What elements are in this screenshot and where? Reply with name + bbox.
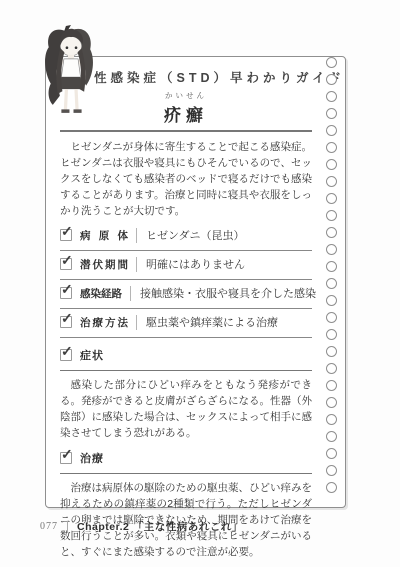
- footer-divider: [67, 521, 68, 533]
- ring-hole-icon: [326, 431, 337, 442]
- checklist-label: 病原体: [80, 228, 128, 243]
- vertical-divider: [136, 257, 137, 272]
- ring-hole-icon: [326, 159, 337, 170]
- treatment-section-heading: ✓ 治療: [60, 450, 312, 474]
- checkbox-checked-icon: ✓: [60, 287, 72, 299]
- ring-hole-icon: [326, 329, 337, 340]
- ring-hole-icon: [326, 210, 337, 221]
- checklist-value: 駆虫薬や鎮痒薬による治療: [146, 314, 278, 330]
- ring-hole-icon: [326, 278, 337, 289]
- checklist-row-incubation: ✓ 潜伏期間 明確にはありません: [60, 251, 312, 280]
- check-icon: ✓: [61, 253, 73, 267]
- check-icon: ✓: [61, 344, 73, 358]
- symptoms-section-heading: ✓ 症状: [60, 347, 312, 371]
- ring-hole-icon: [326, 193, 337, 204]
- section-heading-label: 治療: [80, 450, 104, 466]
- vertical-divider: [136, 315, 137, 330]
- vertical-divider: [136, 228, 137, 243]
- ring-hole-icon: [326, 363, 337, 374]
- ring-hole-icon: [326, 125, 337, 136]
- ring-hole-icon: [326, 380, 337, 391]
- ring-hole-icon: [326, 465, 337, 476]
- checkbox-checked-icon: ✓: [60, 452, 72, 464]
- symptoms-paragraph: 感染した部分にひどい痒みをともなう発疹ができる。発疹ができると皮膚がざらざらにな…: [60, 377, 312, 441]
- vertical-divider: [130, 286, 131, 301]
- ring-hole-icon: [326, 108, 337, 119]
- ring-hole-icon: [326, 414, 337, 425]
- intro-paragraph: ヒゼンダニが身体に寄生することで起こる感染症。ヒゼンダニは衣服や寝具にもひそんで…: [60, 139, 312, 219]
- ring-hole-icon: [326, 346, 337, 357]
- ring-hole-icon: [326, 261, 337, 272]
- checkbox-checked-icon: ✓: [60, 229, 72, 241]
- checklist-row-transmission: ✓ 感染経路 接触感染・衣服や寝具を介した感染: [60, 280, 312, 309]
- checkbox-checked-icon: ✓: [60, 258, 72, 270]
- checklist-row-pathogen: ✓ 病原体 ヒゼンダニ（昆虫）: [60, 222, 312, 251]
- guide-card-inner: 性感染症（STD）早わかりガイド かいせん 疥癬 ヒゼンダニが身体に寄生すること…: [46, 68, 345, 518]
- checklist-label: 潜伏期間: [80, 257, 128, 272]
- ring-hole-icon: [326, 397, 337, 408]
- ring-hole-icon: [326, 142, 337, 153]
- ring-hole-icon: [326, 244, 337, 255]
- ring-hole-icon: [326, 176, 337, 187]
- ring-hole-icon: [326, 91, 337, 102]
- ring-hole-icon: [326, 295, 337, 306]
- ring-hole-icon: [326, 227, 337, 238]
- ring-hole-icon: [326, 448, 337, 459]
- page-footer: 077 Chapter.2 「主な性病あれこれ」: [40, 519, 243, 534]
- check-icon: ✓: [61, 447, 73, 461]
- ring-hole-icon: [326, 74, 337, 85]
- check-icon: ✓: [61, 311, 73, 325]
- page-number: 077: [40, 521, 58, 532]
- checkbox-checked-icon: ✓: [60, 349, 72, 361]
- ring-hole-icon: [326, 482, 337, 493]
- check-icon: ✓: [61, 282, 73, 296]
- checklist-value: 接触感染・衣服や寝具を介した感染: [140, 285, 316, 301]
- book-page: 性感染症（STD）早わかりガイド かいせん 疥癬 ヒゼンダニが身体に寄生すること…: [0, 0, 400, 567]
- guide-card: 性感染症（STD）早わかりガイド かいせん 疥癬 ヒゼンダニが身体に寄生すること…: [45, 56, 346, 508]
- checklist-row-treatment-method: ✓ 治療方法 駆虫薬や鎮痒薬による治療: [60, 309, 312, 338]
- girl-illustration: [36, 24, 110, 120]
- checklist-label: 治療方法: [80, 315, 128, 330]
- checklist-value: 明確にはありません: [146, 256, 245, 272]
- chapter-title: Chapter.2 「主な性病あれこれ」: [77, 519, 243, 534]
- checklist-label: 感染経路: [80, 286, 122, 301]
- checkbox-checked-icon: ✓: [60, 316, 72, 328]
- check-icon: ✓: [61, 224, 73, 238]
- fact-checklist: ✓ 病原体 ヒゼンダニ（昆虫） ✓ 潜伏期間 明確にはありません ✓ 感染経路 …: [60, 222, 312, 338]
- binder-holes: [326, 57, 337, 493]
- title-divider: [60, 130, 312, 132]
- checklist-value: ヒゼンダニ（昆虫）: [146, 227, 245, 243]
- ring-hole-icon: [326, 57, 337, 68]
- section-heading-label: 症状: [80, 347, 104, 363]
- ring-hole-icon: [326, 312, 337, 323]
